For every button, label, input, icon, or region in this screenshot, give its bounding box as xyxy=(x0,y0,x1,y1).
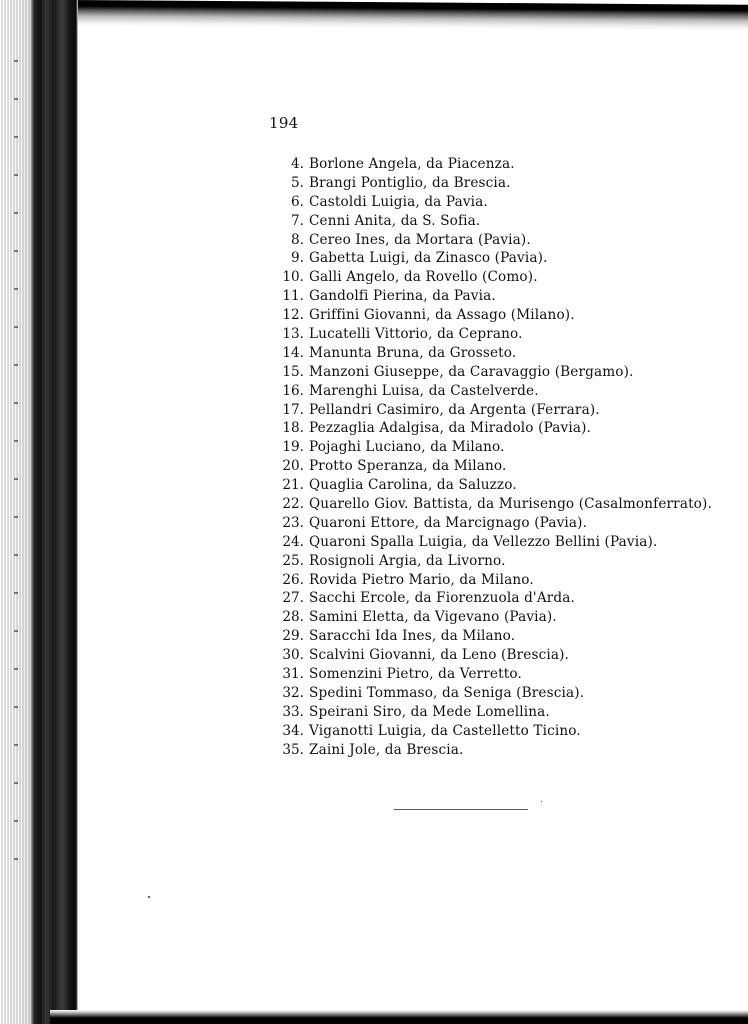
list-item: 4.Borlone Angela, da Piacenza. xyxy=(277,156,712,175)
entry-number: 19. xyxy=(277,439,309,455)
section-end-rule xyxy=(394,809,528,810)
entry-number: 12. xyxy=(277,307,309,323)
entry-text: Pezzaglia Adalgisa, da Miradolo (Pavia). xyxy=(309,420,591,436)
entry-number: 24. xyxy=(277,534,309,550)
entry-number: 21. xyxy=(277,477,309,493)
name-list: 4.Borlone Angela, da Piacenza.5.Brangi P… xyxy=(277,156,712,761)
list-item: 9.Gabetta Luigi, da Zinasco (Pavia). xyxy=(277,250,712,269)
entry-text: Brangi Pontiglio, da Brescia. xyxy=(309,175,511,191)
entry-number: 10. xyxy=(277,269,309,285)
list-item: 15.Manzoni Giuseppe, da Caravaggio (Berg… xyxy=(277,364,712,383)
entry-text: Quaroni Spalla Luigia, da Vellezzo Belli… xyxy=(309,534,657,550)
list-item: 8.Cereo Ines, da Mortara (Pavia). xyxy=(277,232,712,251)
entry-text: Castoldi Luigia, da Pavia. xyxy=(309,194,488,210)
entry-text: Rosignoli Argia, da Livorno. xyxy=(309,553,506,569)
entry-number: 16. xyxy=(277,383,309,399)
list-item: 21.Quaglia Carolina, da Saluzzo. xyxy=(277,477,712,496)
entry-text: Zaini Jole, da Brescia. xyxy=(309,742,463,758)
entry-text: Scalvini Giovanni, da Leno (Brescia). xyxy=(309,647,569,663)
list-item: 31.Somenzini Pietro, da Verretto. xyxy=(277,666,712,685)
entry-number: 8. xyxy=(277,232,309,248)
scanned-page: 194 4.Borlone Angela, da Piacenza.5.Bran… xyxy=(0,0,748,1024)
entry-number: 18. xyxy=(277,420,309,436)
entry-text: Rovida Pietro Mario, da Milano. xyxy=(309,572,534,588)
list-item: 23.Quaroni Ettore, da Marcignago (Pavia)… xyxy=(277,515,712,534)
entry-text: Samini Eletta, da Vigevano (Pavia). xyxy=(309,609,557,625)
entry-number: 22. xyxy=(277,496,309,512)
entry-number: 29. xyxy=(277,628,309,644)
list-item: 7.Cenni Anita, da S. Sofia. xyxy=(277,213,712,232)
list-item: 17.Pellandri Casimiro, da Argenta (Ferra… xyxy=(277,402,712,421)
entry-text: Griffini Giovanni, da Assago (Milano). xyxy=(309,307,575,323)
entry-number: 6. xyxy=(277,194,309,210)
entry-text: Marenghi Luisa, da Castelverde. xyxy=(309,383,539,399)
entry-number: 28. xyxy=(277,609,309,625)
list-item: 5.Brangi Pontiglio, da Brescia. xyxy=(277,175,712,194)
entry-text: Gandolfi Pierina, da Pavia. xyxy=(309,288,496,304)
entry-text: Saracchi Ida Ines, da Milano. xyxy=(309,628,515,644)
entry-number: 15. xyxy=(277,364,309,380)
scan-speck xyxy=(148,896,150,898)
entry-text: Somenzini Pietro, da Verretto. xyxy=(309,666,522,682)
entry-text: Borlone Angela, da Piacenza. xyxy=(309,156,515,172)
list-item: 20.Protto Speranza, da Milano. xyxy=(277,458,712,477)
entry-text: Spedini Tommaso, da Seniga (Brescia). xyxy=(309,685,584,701)
list-item: 18.Pezzaglia Adalgisa, da Miradolo (Pavi… xyxy=(277,420,712,439)
list-item: 19.Pojaghi Luciano, da Milano. xyxy=(277,439,712,458)
book-spine-binding xyxy=(0,0,78,1024)
entry-number: 14. xyxy=(277,345,309,361)
list-item: 24.Quaroni Spalla Luigia, da Vellezzo Be… xyxy=(277,534,712,553)
list-item: 13.Lucatelli Vittorio, da Ceprano. xyxy=(277,326,712,345)
entry-number: 32. xyxy=(277,685,309,701)
list-item: 12.Griffini Giovanni, da Assago (Milano)… xyxy=(277,307,712,326)
list-item: 14.Manunta Bruna, da Grosseto. xyxy=(277,345,712,364)
entry-number: 13. xyxy=(277,326,309,342)
entry-text: Speirani Siro, da Mede Lomellina. xyxy=(309,704,550,720)
entry-number: 17. xyxy=(277,402,309,418)
entry-number: 34. xyxy=(277,723,309,739)
list-item: 30.Scalvini Giovanni, da Leno (Brescia). xyxy=(277,647,712,666)
entry-number: 25. xyxy=(277,553,309,569)
list-item: 29.Saracchi Ida Ines, da Milano. xyxy=(277,628,712,647)
entry-number: 20. xyxy=(277,458,309,474)
list-item: 16.Marenghi Luisa, da Castelverde. xyxy=(277,383,712,402)
entry-text: Galli Angelo, da Rovello (Como). xyxy=(309,269,538,285)
list-item: 34.Viganotti Luigia, da Castelletto Tici… xyxy=(277,723,712,742)
list-item: 28.Samini Eletta, da Vigevano (Pavia). xyxy=(277,609,712,628)
entry-number: 23. xyxy=(277,515,309,531)
list-item: 32.Spedini Tommaso, da Seniga (Brescia). xyxy=(277,685,712,704)
entry-text: Quaglia Carolina, da Saluzzo. xyxy=(309,477,517,493)
list-item: 35.Zaini Jole, da Brescia. xyxy=(277,742,712,761)
entry-number: 35. xyxy=(277,742,309,758)
entry-number: 9. xyxy=(277,250,309,266)
entry-text: Pellandri Casimiro, da Argenta (Ferrara)… xyxy=(309,402,600,418)
entry-text: Sacchi Ercole, da Fiorenzuola d'Arda. xyxy=(309,590,575,606)
entry-number: 27. xyxy=(277,590,309,606)
list-item: 6.Castoldi Luigia, da Pavia. xyxy=(277,194,712,213)
entry-text: Viganotti Luigia, da Castelletto Ticino. xyxy=(309,723,581,739)
list-item: 10.Galli Angelo, da Rovello (Como). xyxy=(277,269,712,288)
entry-text: Gabetta Luigi, da Zinasco (Pavia). xyxy=(309,250,548,266)
entry-number: 26. xyxy=(277,572,309,588)
entry-text: Cereo Ines, da Mortara (Pavia). xyxy=(309,232,531,248)
page-bottom-edge-shadow xyxy=(50,1010,748,1024)
list-item: 26.Rovida Pietro Mario, da Milano. xyxy=(277,572,712,591)
entry-number: 4. xyxy=(277,156,309,172)
entry-text: Manzoni Giuseppe, da Caravaggio (Bergamo… xyxy=(309,364,634,380)
list-item: 25.Rosignoli Argia, da Livorno. xyxy=(277,553,712,572)
entry-text: Quaroni Ettore, da Marcignago (Pavia). xyxy=(309,515,587,531)
scan-speck xyxy=(541,801,542,802)
list-item: 11.Gandolfi Pierina, da Pavia. xyxy=(277,288,712,307)
spine-margin-specks xyxy=(14,60,18,860)
entry-number: 31. xyxy=(277,666,309,682)
list-item: 22.Quarello Giov. Battista, da Murisengo… xyxy=(277,496,712,515)
entry-number: 30. xyxy=(277,647,309,663)
entry-text: Quarello Giov. Battista, da Murisengo (C… xyxy=(309,496,712,512)
entry-number: 33. xyxy=(277,704,309,720)
page-number: 194 xyxy=(269,114,299,132)
list-item: 33.Speirani Siro, da Mede Lomellina. xyxy=(277,704,712,723)
entry-text: Manunta Bruna, da Grosseto. xyxy=(309,345,516,361)
entry-number: 7. xyxy=(277,213,309,229)
entry-number: 5. xyxy=(277,175,309,191)
entry-text: Pojaghi Luciano, da Milano. xyxy=(309,439,505,455)
entry-number: 11. xyxy=(277,288,309,304)
entry-text: Cenni Anita, da S. Sofia. xyxy=(309,213,480,229)
page-top-edge-shadow xyxy=(70,0,748,31)
entry-text: Protto Speranza, da Milano. xyxy=(309,458,507,474)
entry-text: Lucatelli Vittorio, da Ceprano. xyxy=(309,326,523,342)
list-item: 27.Sacchi Ercole, da Fiorenzuola d'Arda. xyxy=(277,590,712,609)
